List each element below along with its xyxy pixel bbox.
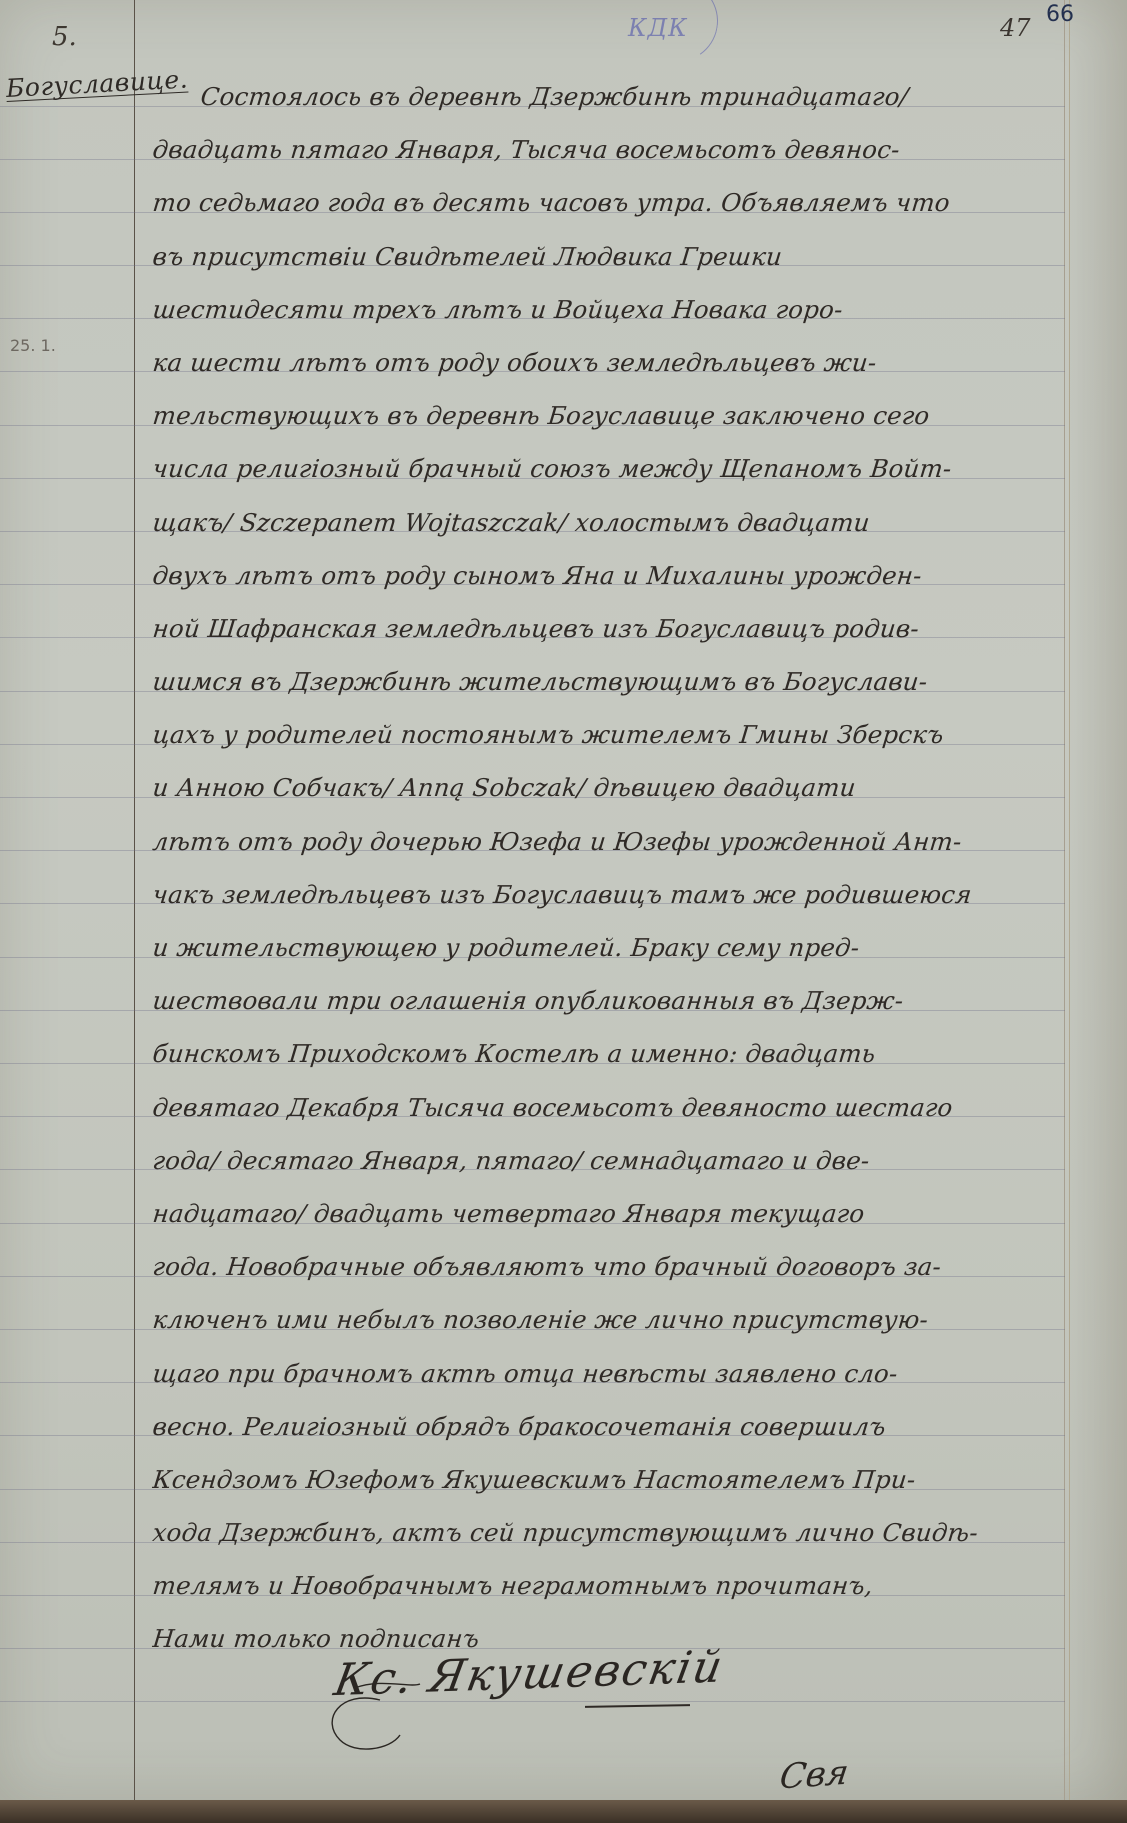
text-line: Ксендзомъ Юзефомъ Якушевскимъ Настоятеле…: [150, 1453, 1061, 1506]
text-line: года. Новобрачные объявляютъ что брачный…: [150, 1240, 1061, 1293]
text-line: шимся въ Дзержбинѣ жительствующимъ въ Бо…: [150, 655, 1061, 708]
text-line: Состоялось въ деревнѣ Дзержбинѣ тринадца…: [150, 70, 1061, 123]
text-line: то седьмаго года въ десять часовъ утра. …: [150, 176, 1061, 229]
margin-rule: [134, 0, 135, 1800]
text-line: и жительствующею у родителей. Браку сему…: [150, 921, 1061, 974]
text-line: и Анною Собчакъ/ Anną Sobczak/ дѣвицею д…: [150, 761, 1061, 814]
margin-pencil-note: 25. 1.: [10, 336, 56, 355]
text-line: щакъ/ Szczepanem Wojtaszczak/ холостымъ …: [150, 496, 1061, 549]
folio-number-ink: 66: [1046, 2, 1074, 27]
record-text: Состоялось въ деревнѣ Дзержбинѣ тринадца…: [150, 70, 1055, 1666]
ledger-page: 5. Богуславице. 25. 1. КДК 47 66 Состоял…: [0, 0, 1127, 1800]
text-line: числа религіозный брачный союзъ между Ще…: [150, 442, 1061, 495]
closing-dash: [585, 1704, 690, 1708]
text-line: ной Шафранская земледѣльцевъ изъ Богусла…: [150, 602, 1061, 655]
text-line: весно. Религіозный обрядъ бракосочетанія…: [150, 1400, 1061, 1453]
text-line: тельствующихъ въ деревнѣ Богуславице зак…: [150, 389, 1061, 442]
entry-number: 5.: [52, 22, 77, 52]
page-bottom-edge: [0, 1800, 1127, 1823]
archive-stamp: КДК: [628, 14, 702, 58]
text-line: хода Дзержбинъ, актъ сей присутствующимъ…: [150, 1506, 1061, 1559]
text-line: лѣтъ отъ роду дочерью Юзефа и Юзефы урож…: [150, 815, 1061, 868]
text-line: двадцать пятаго Января, Тысяча восемьсот…: [150, 123, 1061, 176]
text-line: ка шести лѣтъ отъ роду обоихъ земледѣльц…: [150, 336, 1061, 389]
folio-number-pencil: 47: [1000, 14, 1031, 42]
signature-flourish: Свя: [777, 1752, 851, 1797]
text-line: двухъ лѣтъ отъ роду сыномъ Яна и Михалин…: [150, 549, 1061, 602]
text-line: надцатаго/ двадцать четвертаго Января те…: [150, 1187, 1061, 1240]
text-line: щаго при брачномъ актѣ отца невѣсты заяв…: [150, 1347, 1061, 1400]
text-line: года/ десятаго Января, пятаго/ семнадцат…: [150, 1134, 1061, 1187]
text-line: цахъ у родителей постоянымъ жителемъ Гми…: [150, 708, 1061, 761]
text-line: телямъ и Новобрачнымъ неграмотнымъ прочи…: [150, 1559, 1061, 1612]
text-line: въ присутствіи Свидѣтелей Людвика Грешки: [150, 230, 1061, 283]
page-binding-edge: [1064, 0, 1127, 1800]
text-line: чакъ земледѣльцевъ изъ Богуславицъ тамъ …: [150, 868, 1061, 921]
ruled-line: [0, 1701, 1065, 1702]
text-line: шестидесяти трехъ лѣтъ и Войцеха Новака …: [150, 283, 1061, 336]
text-line: шествовали три оглашенія опубликованныя …: [150, 974, 1061, 1027]
text-line: бинскомъ Приходскомъ Костелѣ а именно: д…: [150, 1027, 1061, 1080]
text-line: девятаго Декабря Тысяча восемьсотъ девян…: [150, 1081, 1061, 1134]
text-line: ключенъ ими небылъ позволеніе же лично п…: [150, 1293, 1061, 1346]
